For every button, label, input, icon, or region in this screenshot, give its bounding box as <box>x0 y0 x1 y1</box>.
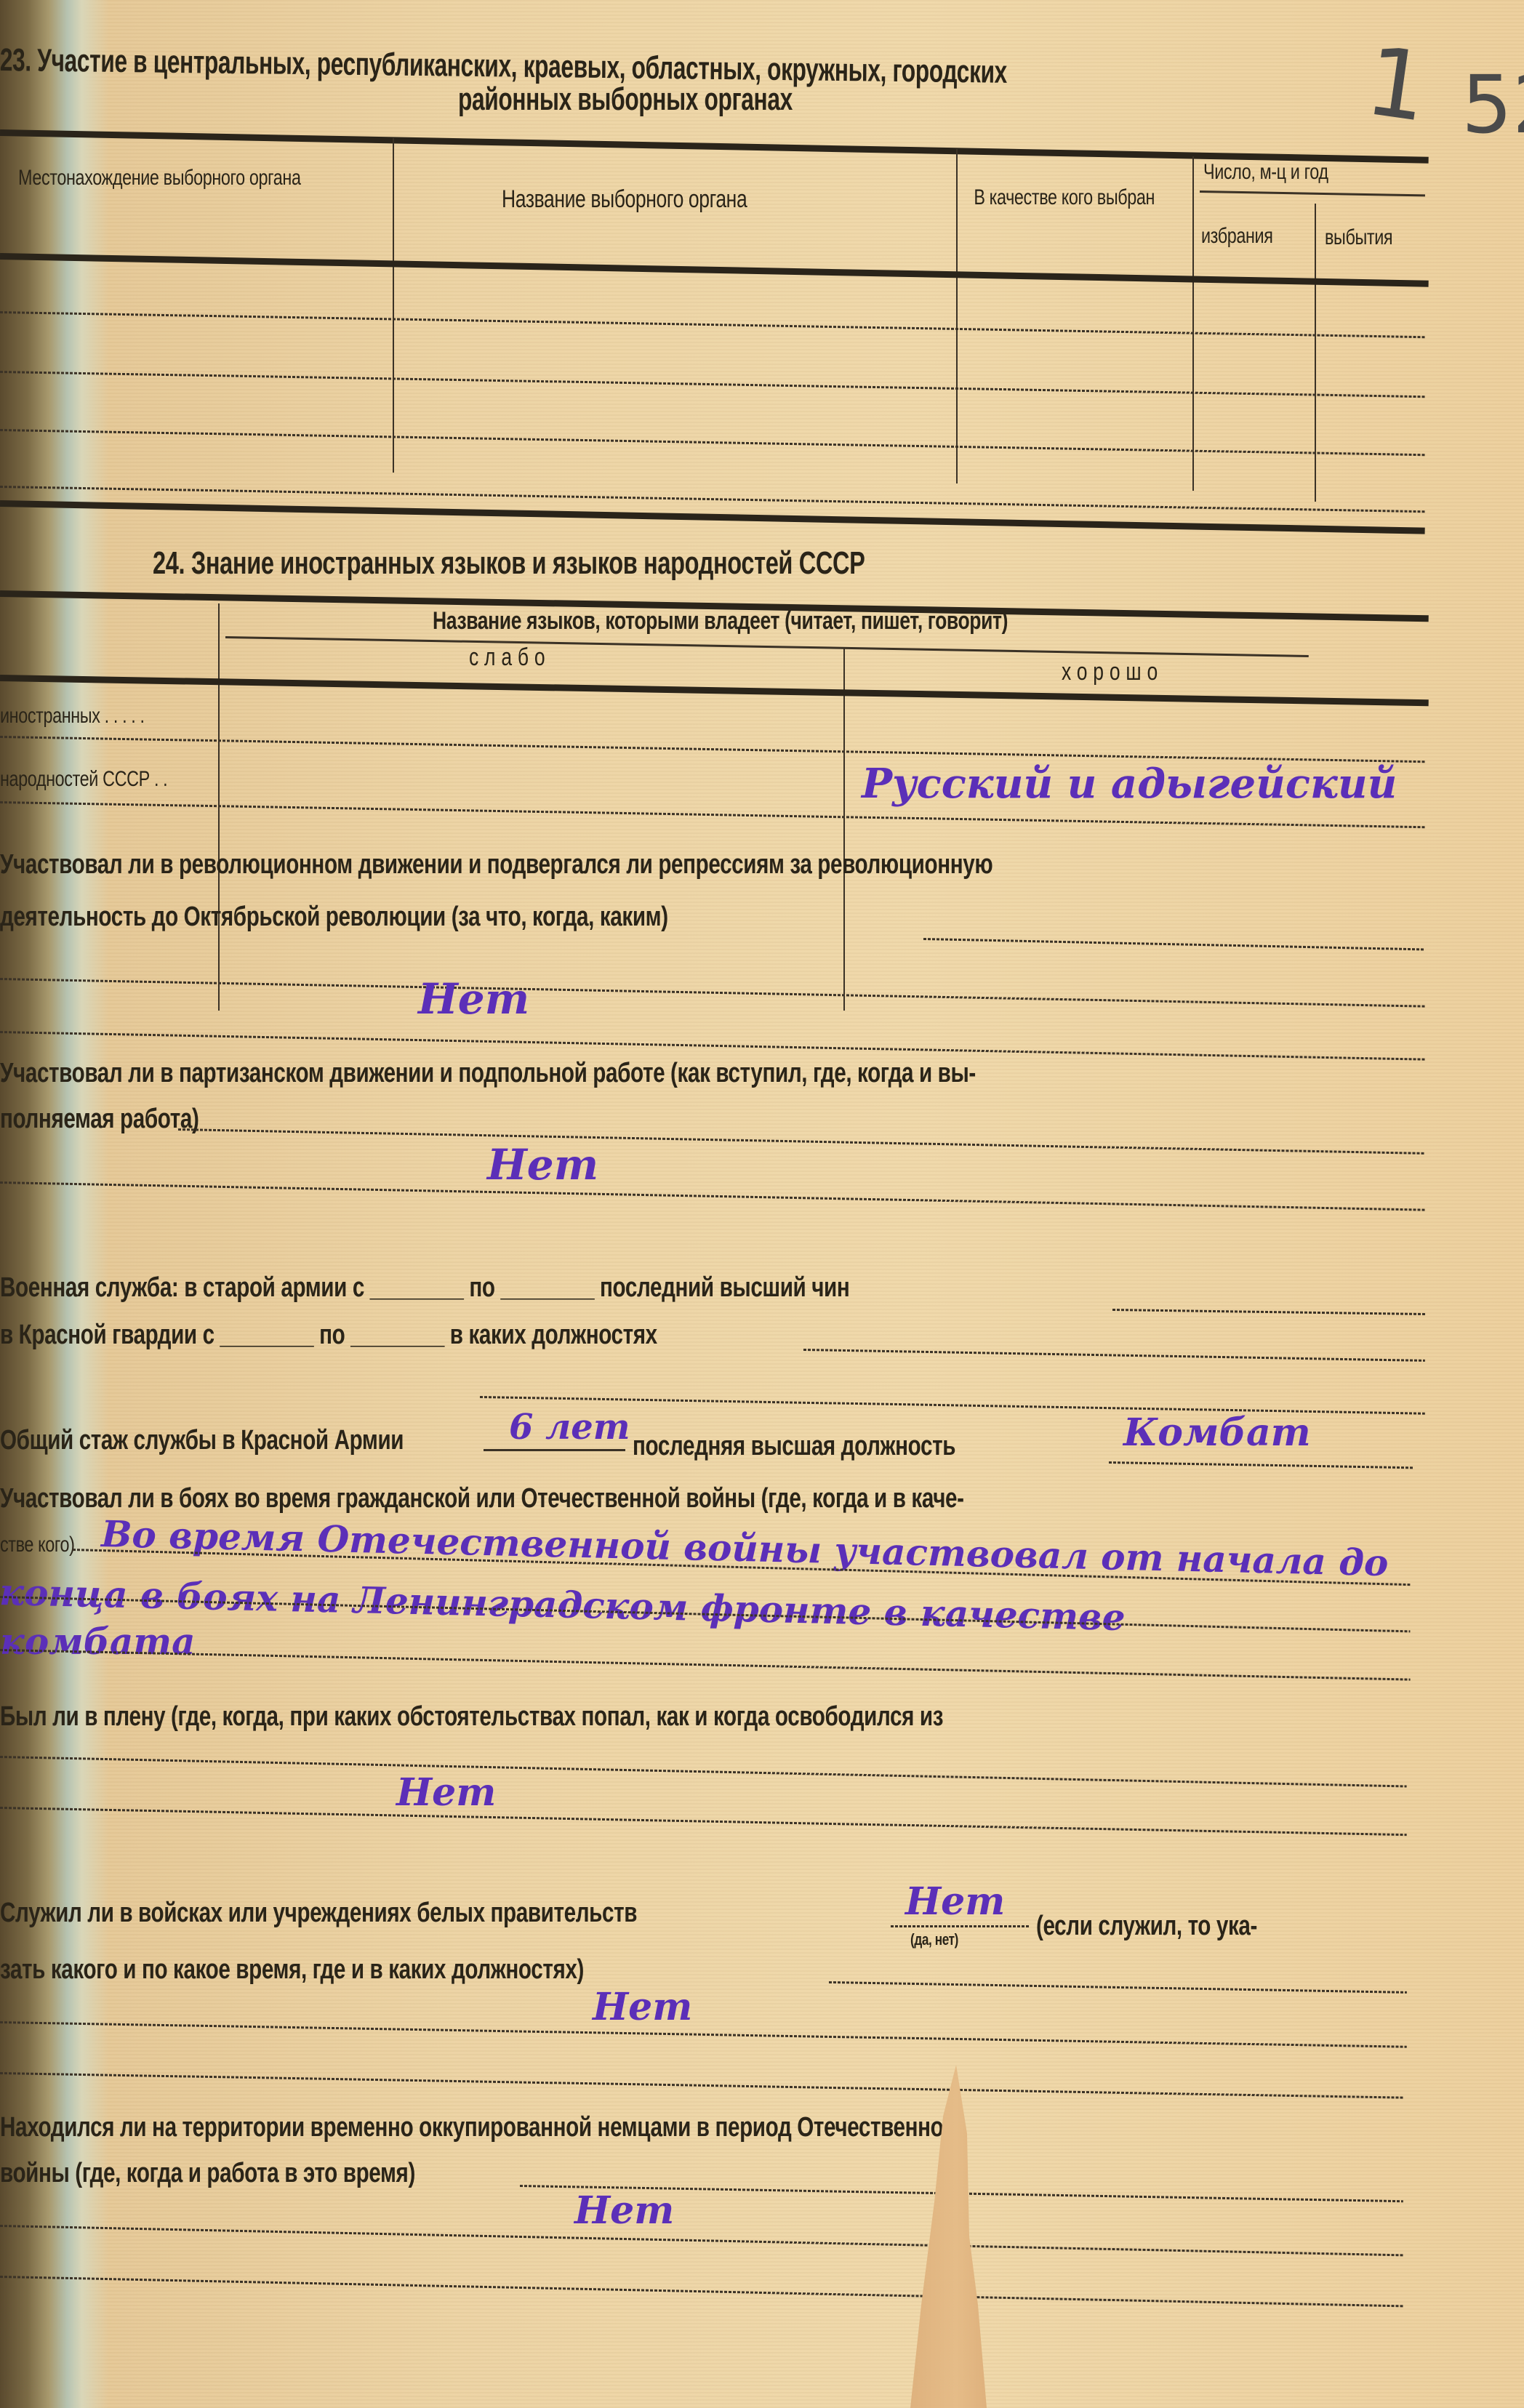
lang-col-divider <box>843 647 845 1011</box>
q30-text-line1: Был ли в плену (где, когда, при каких об… <box>0 1701 943 1733</box>
q31-text-line1a: Служил ли в войсках или учреждениях белы… <box>0 1898 637 1929</box>
q25-text-line1: Участвовал ли в революционном движении и… <box>0 849 992 880</box>
q30-answer: Нет <box>396 1770 496 1815</box>
lang-header: Название языков, которыми владеет (читае… <box>433 607 1008 635</box>
q27-red-guard-label: в Красной гвардии с ________ по ________… <box>0 1320 657 1351</box>
folio-number-52: 52 <box>1461 58 1524 151</box>
q28-last-position: Комбат <box>1123 1410 1311 1455</box>
q32-answer: Нет <box>574 2188 674 2233</box>
section-24-title: 24. Знание иностранных языков и языков н… <box>153 545 865 582</box>
q31-inline-answer: Нет <box>905 1879 1005 1924</box>
answer-line <box>891 1925 1029 1927</box>
lang-good-answer: Русский и адыгейский <box>862 760 1397 808</box>
q26-text-line2: полняемая работа) <box>0 1104 198 1135</box>
answer-line <box>484 1449 625 1451</box>
col-capacity-header: В качестве кого выбран <box>971 185 1158 210</box>
col-divider <box>393 138 394 473</box>
col-left-header: выбытия <box>1325 225 1392 250</box>
binding-edge <box>0 0 109 2408</box>
q31-hint: (да, нет) <box>910 1930 958 1949</box>
q31-answer: Нет <box>593 1985 692 2029</box>
q29-text-line1: Участвовал ли в боях во время гражданско… <box>0 1483 964 1514</box>
paper-background <box>0 0 1524 2408</box>
q32-text-line1: Находился ли на территории временно окку… <box>0 2112 956 2143</box>
lang-row-label-foreign: иностранных . . . . . <box>0 704 145 729</box>
q28-label-b: последняя высшая должность <box>633 1431 955 1462</box>
q31-text-line2: зать какого и по какое время, где и в ка… <box>0 1954 584 1986</box>
col-divider <box>1315 204 1316 502</box>
q27-old-army-label: Военная служба: в старой армии с _______… <box>0 1272 849 1304</box>
q28-service-years: 6 лет <box>509 1407 630 1448</box>
q28-label-a: Общий стаж службы в Красной Армии <box>0 1425 404 1456</box>
q29-text-line2: стве кого) <box>0 1533 75 1557</box>
col-divider <box>956 149 958 483</box>
col-good-header: хорошо <box>1062 658 1163 686</box>
col-divider <box>1192 156 1194 491</box>
q32-text-line2: войны (где, когда и работа в это время) <box>0 2158 415 2189</box>
q29-answer-line3: комбата <box>0 1620 196 1663</box>
col-name-header: Название выборного органа <box>502 185 747 214</box>
col-date-group-header: Число, м-ц и год <box>1203 160 1328 185</box>
q26-text-line1: Участвовал ли в партизанском движении и … <box>0 1058 976 1089</box>
q25-answer: Нет <box>418 974 529 1024</box>
col-elected-header: избрания <box>1201 224 1273 249</box>
q25-text-line2: деятельность до Октябрьской революции (з… <box>0 902 668 933</box>
section-23-title-cont: районных выборных органах <box>458 81 793 118</box>
col-weak-header: слабо <box>469 643 550 672</box>
lang-row-label-ussr: народностей СССР . . <box>0 767 167 792</box>
q26-answer: Нет <box>487 1140 598 1189</box>
q31-text-line1b: (если служил, то ука- <box>1036 1911 1257 1942</box>
col-location-header: Местонахождение выборного органа <box>18 166 301 190</box>
